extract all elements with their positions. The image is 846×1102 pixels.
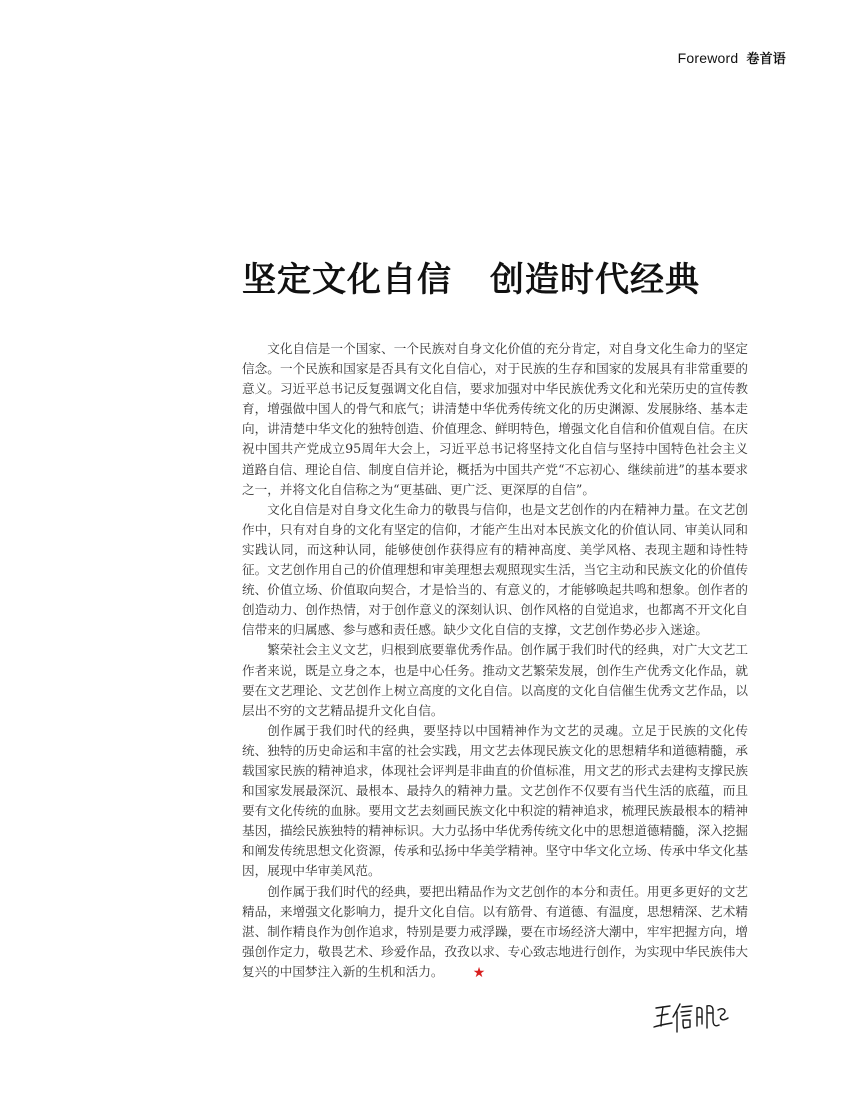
section-label: Foreword卷首语	[678, 48, 786, 67]
signature-icon	[652, 998, 742, 1038]
title-part-1: 坚定文化自信	[242, 260, 452, 300]
article-body: 文化自信是一个国家、一个民族对自身文化价值的充分肯定，对自身文化生命力的坚定信念…	[242, 339, 748, 983]
paragraph-5: 创作属于我们时代的经典，要把出精品作为文艺创作的本分和责任。用更多更好的文艺精品…	[242, 882, 748, 983]
section-label-cn: 卷首语	[746, 52, 786, 67]
paragraph-1: 文化自信是一个国家、一个民族对自身文化价值的充分肯定，对自身文化生命力的坚定信念…	[242, 339, 748, 500]
paragraph-2: 文化自信是对自身文化生命力的敬畏与信仰，也是文艺创作的内在精神力量。在文艺创作中…	[242, 500, 748, 641]
paragraph-4: 创作属于我们时代的经典，要坚持以中国精神作为文艺的灵魂。立足于民族的文化传统、独…	[242, 721, 748, 882]
section-label-en: Foreword	[678, 50, 739, 66]
paragraph-3: 繁荣社会主义文艺，归根到底要靠优秀作品。创作属于我们时代的经典，对广大文艺工作者…	[242, 640, 748, 720]
title-part-2: 创造时代经典	[490, 260, 700, 300]
paragraph-5-text: 创作属于我们时代的经典，要把出精品作为文艺创作的本分和责任。用更多更好的文艺精品…	[242, 884, 748, 979]
article-title: 坚定文化自信创造时代经典	[242, 252, 700, 301]
end-star-icon: ★	[448, 963, 486, 983]
